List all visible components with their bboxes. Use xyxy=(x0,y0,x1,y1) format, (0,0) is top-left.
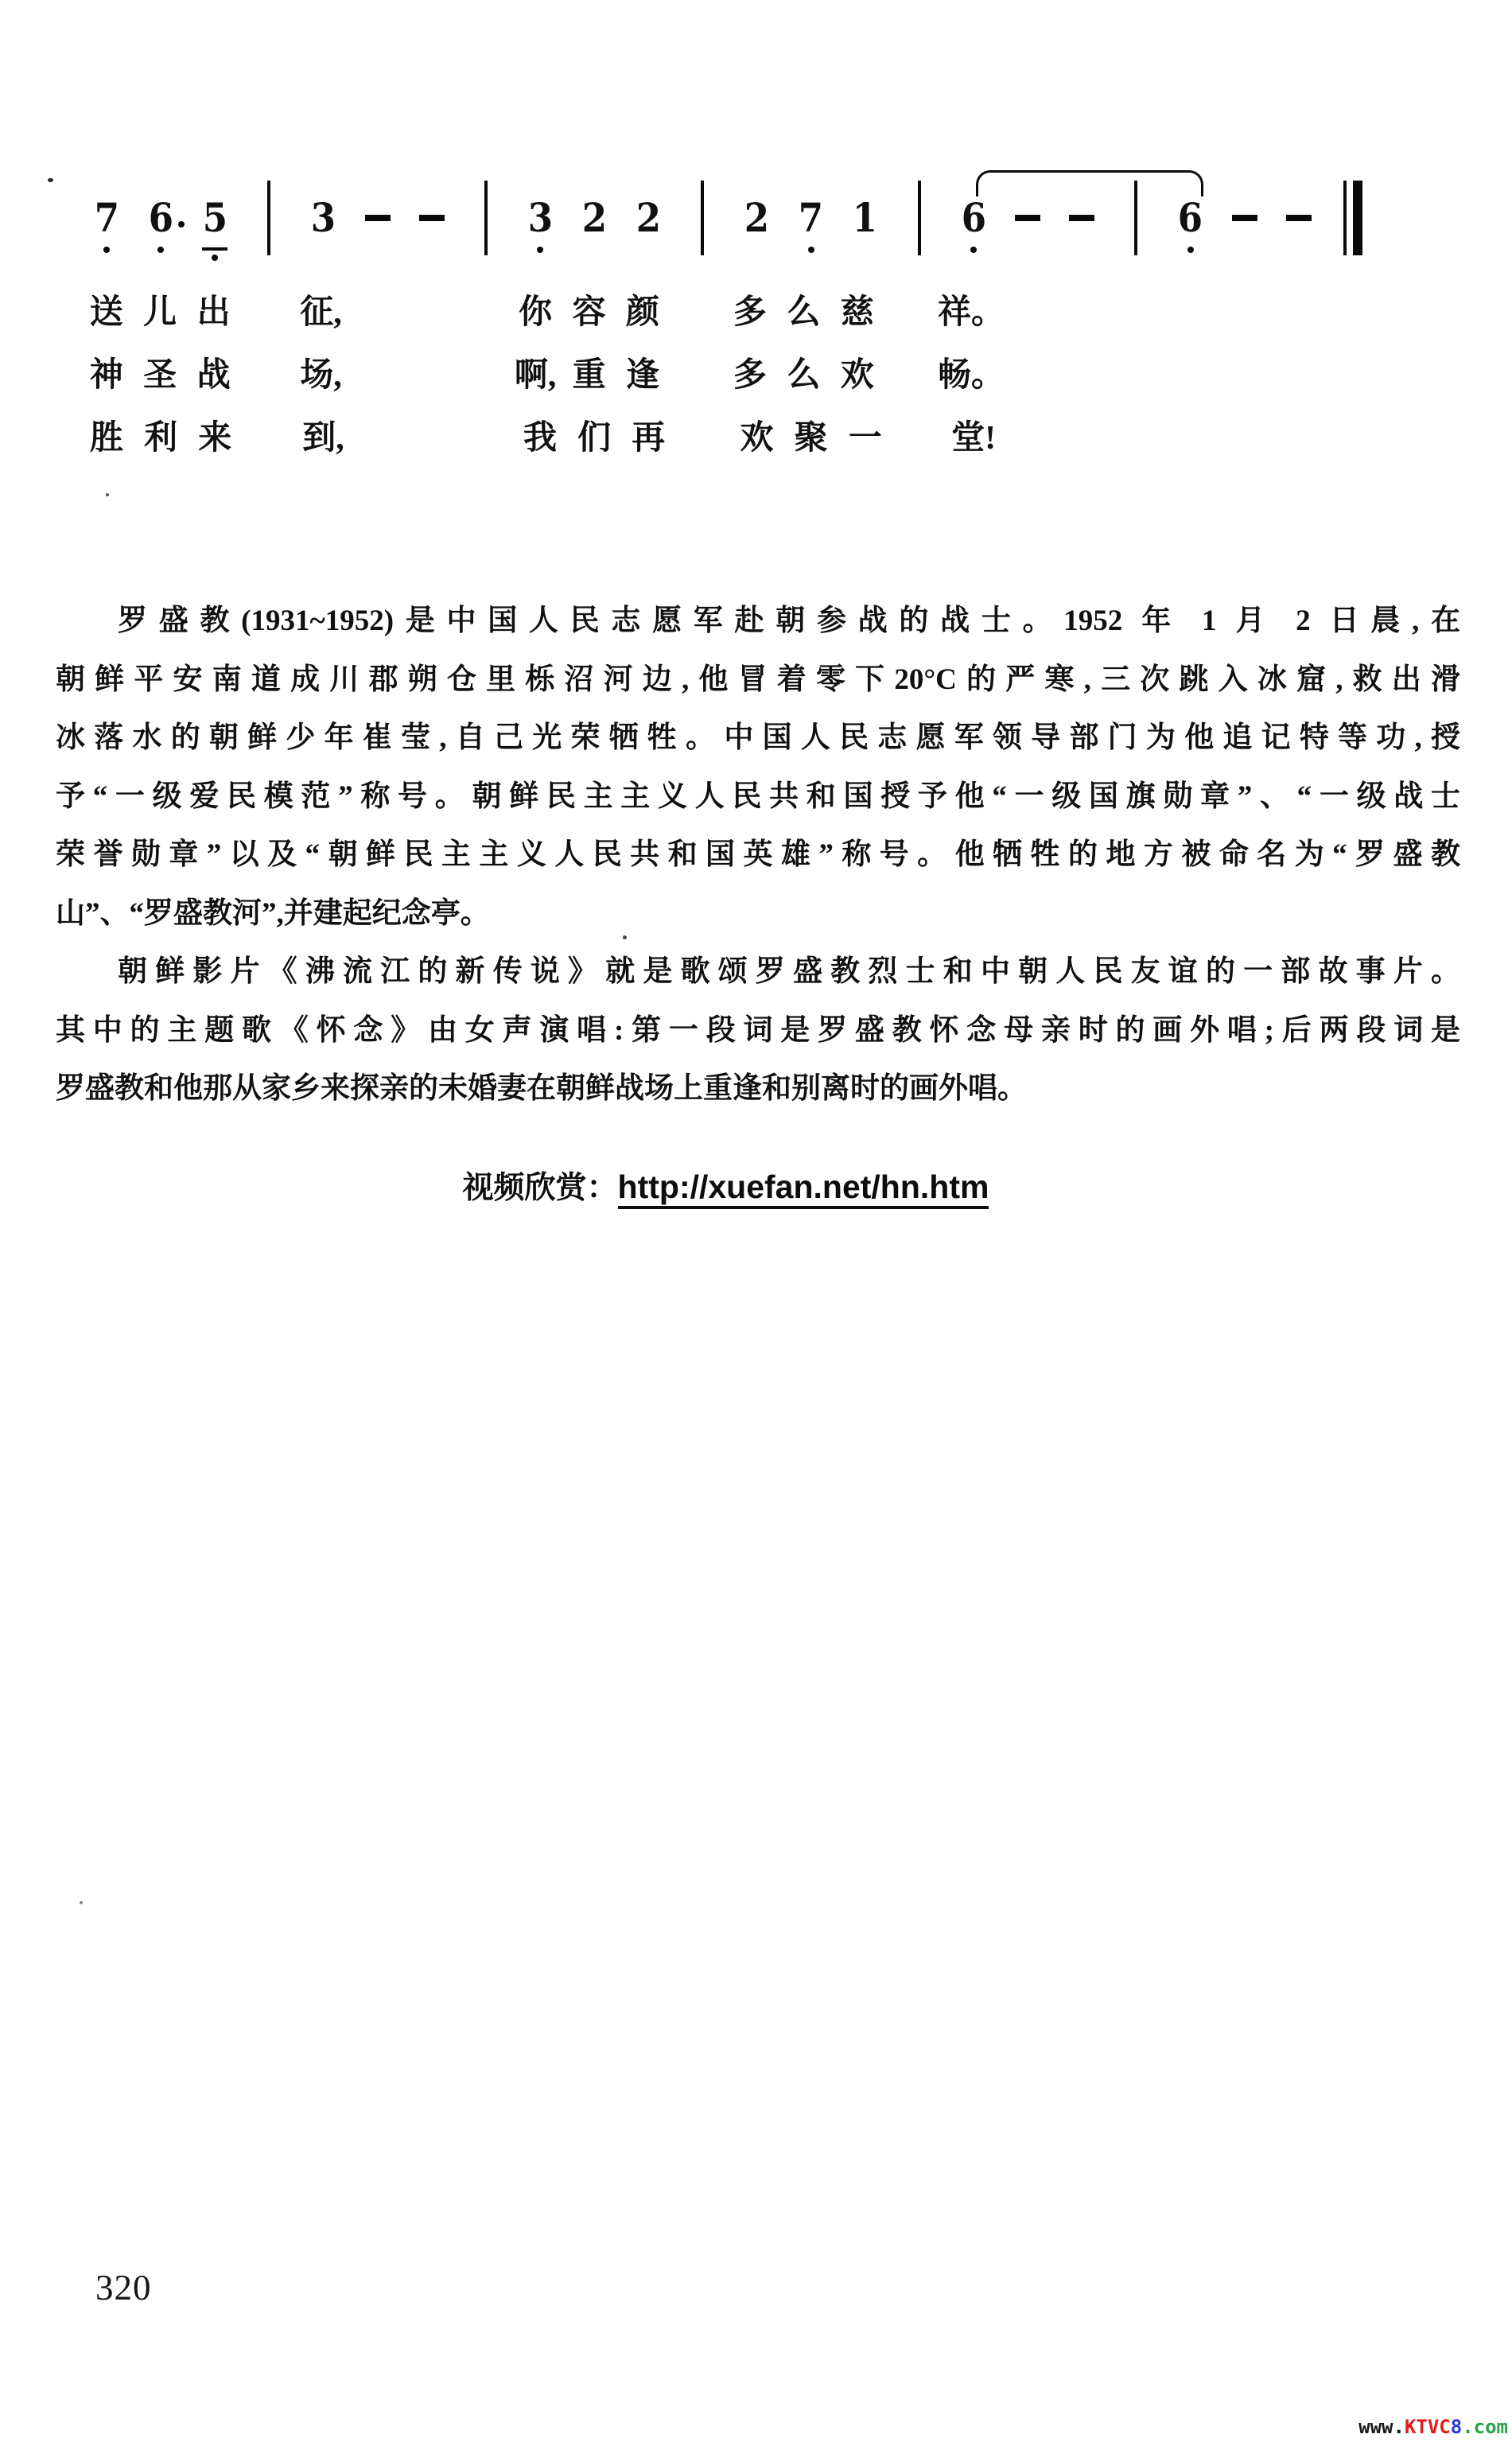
lyric-syllable: 堂! xyxy=(946,410,1001,460)
low-octave-dot xyxy=(970,247,977,253)
lyric-syllable: 我 xyxy=(513,410,567,460)
lyric-syllable: 聚 xyxy=(784,410,838,460)
text-line: 荣誉勋章”以及“朝鲜民主主义人民共和国英雄”称号。他牺牲的地方被命名为“罗盛教 xyxy=(56,826,1460,885)
barline xyxy=(675,173,729,262)
lyric-syllable: 祥。 xyxy=(938,285,1005,334)
lyrics-row: 神圣战场,啊,重逢多么欢畅。 xyxy=(80,348,1380,397)
note: 7 xyxy=(80,173,134,262)
watermark-segment: 8 xyxy=(1451,2416,1462,2438)
lyric-syllable: 利 xyxy=(134,410,188,460)
low-octave-dot xyxy=(1187,247,1194,253)
note: 2 xyxy=(621,173,675,262)
jianpu-score: 765332227166 送儿出征,你容颜多么慈祥。神圣战场,啊,重逢多么欢畅。… xyxy=(80,173,1380,473)
note: 3 xyxy=(513,173,567,262)
barline xyxy=(242,173,296,262)
notes-row: 765332227166 xyxy=(80,173,1380,262)
text-line: 罗盛教和他那从家乡来探亲的未婚妻在朝鲜战场上重逢和别离时的画外唱。 xyxy=(56,1060,1460,1118)
text-line: 朝鲜影片《沸流江的新传说》就是歌颂罗盛教烈士和中朝人民友谊的一部故事片。 xyxy=(56,943,1460,1001)
augmentation-dot xyxy=(178,221,185,227)
text-line: 山”、“罗盛教河”,并建起纪念亭。 xyxy=(56,885,1460,943)
video-url[interactable]: http://xuefan.net/hn.htm xyxy=(618,1169,989,1209)
text-line: 冰落水的朝鲜少年崔莹,自己光荣牺牲。中国人民志愿军领导部门为他追记特等功,授 xyxy=(56,709,1460,768)
duration-dash xyxy=(1218,173,1272,262)
final-barline xyxy=(1326,173,1380,262)
lyric-syllable: 神 xyxy=(80,348,133,397)
lyric-syllable: 啊, xyxy=(508,348,562,397)
text-line: 其中的主题歌《怀念》由女声演唱:第一段词是罗盛教怀念母亲时的画外唱;后两段词是 xyxy=(56,1001,1460,1060)
video-line: 视频欣赏：http://xuefan.net/hn.htm xyxy=(0,1163,1512,1207)
lyric-syllable: 容 xyxy=(562,285,616,334)
lyric-syllable: 再 xyxy=(621,410,675,460)
lyric-syllable: 慈 xyxy=(830,285,884,334)
low-octave-dot xyxy=(103,247,110,253)
lyric-syllable: 重 xyxy=(562,348,616,397)
note: 6 xyxy=(134,173,188,262)
lyric-syllable: 们 xyxy=(567,410,621,460)
tie-arc xyxy=(976,170,1203,196)
scan-speck xyxy=(48,178,53,182)
text-line: 朝鲜平安南道成川郡朔仓里栎沼河边,他冒着零下20°C的严寒,三次跳入冰窟,救出滑 xyxy=(56,651,1460,710)
note: 3 xyxy=(297,173,351,262)
barline xyxy=(892,173,946,262)
low-octave-dot xyxy=(537,247,543,253)
lyric-syllable: 征, xyxy=(294,285,348,334)
scan-speck xyxy=(623,935,627,939)
watermark-segment: www. xyxy=(1358,2416,1405,2438)
duration-dash xyxy=(1272,173,1326,262)
barline xyxy=(459,173,513,262)
scan-speck xyxy=(106,493,109,496)
low-octave-dot xyxy=(808,247,814,253)
lyric-syllable: 到, xyxy=(297,410,351,460)
lyric-syllable: 圣 xyxy=(133,348,186,397)
lyric-syllable: 一 xyxy=(838,410,892,460)
paragraph-2: 朝鲜影片《沸流江的新传说》就是歌颂罗盛教烈士和中朝人民友谊的一部故事片。其中的主… xyxy=(56,943,1460,1118)
lyric-syllable: 畅。 xyxy=(938,348,1005,397)
lyrics: 送儿出征,你容颜多么慈祥。神圣战场,啊,重逢多么欢畅。胜利来到,我们再欢聚一堂! xyxy=(80,285,1380,460)
lyric-syllable: 儿 xyxy=(133,285,186,334)
watermark-segment: KTVC xyxy=(1405,2416,1451,2438)
scan-speck xyxy=(80,1901,83,1904)
note: 7 xyxy=(784,173,838,262)
lyric-syllable: 多 xyxy=(723,285,776,334)
lyric-syllable: 逢 xyxy=(616,348,669,397)
eighth-beam xyxy=(202,247,227,251)
lyric-syllable: 多 xyxy=(723,348,776,397)
duration-dash xyxy=(351,173,405,262)
duration-dash xyxy=(405,173,459,262)
video-label: 视频欣赏： xyxy=(463,1171,618,1205)
lyrics-row: 送儿出征,你容颜多么慈祥。 xyxy=(80,285,1380,334)
paragraph-1: 罗盛教(1931~1952)是中国人民志愿军赴朝参战的战士。1952 年 1 月… xyxy=(56,592,1460,943)
note: 1 xyxy=(838,173,892,262)
lyric-syllable: 么 xyxy=(777,348,830,397)
lyric-syllable: 欢 xyxy=(730,410,784,460)
text-line: 罗盛教(1931~1952)是中国人民志愿军赴朝参战的战士。1952 年 1 月… xyxy=(56,592,1460,651)
lyric-syllable: 出 xyxy=(187,285,240,334)
lyrics-row: 胜利来到,我们再欢聚一堂! xyxy=(80,410,1380,460)
lyric-syllable: 么 xyxy=(777,285,830,334)
lyric-syllable: 送 xyxy=(80,285,133,334)
lyric-syllable: 场, xyxy=(294,348,348,397)
low-octave-dot xyxy=(212,255,218,261)
sheet-page: 765332227166 送儿出征,你容颜多么慈祥。神圣战场,啊,重逢多么欢畅。… xyxy=(0,0,1512,2442)
lyric-syllable: 战 xyxy=(187,348,240,397)
page-number: 320 xyxy=(95,2267,152,2308)
text-line: 予“一级爱民模范”称号。朝鲜民主主义人民共和国授予他“一级国旗勋章”、“一级战士 xyxy=(56,768,1460,826)
lyric-syllable: 你 xyxy=(508,285,562,334)
low-octave-dot xyxy=(157,247,164,253)
video-caption: 视频欣赏：http://xuefan.net/hn.htm xyxy=(463,1163,989,1207)
lyric-syllable: 欢 xyxy=(830,348,884,397)
lyric-syllable: 颜 xyxy=(616,285,669,334)
lyric-syllable: 胜 xyxy=(80,410,134,460)
lyric-syllable: 来 xyxy=(188,410,242,460)
article: 罗盛教(1931~1952)是中国人民志愿军赴朝参战的战士。1952 年 1 月… xyxy=(56,592,1460,1118)
note: 2 xyxy=(730,173,784,262)
watermark-segment: .com xyxy=(1462,2416,1508,2438)
note: 2 xyxy=(567,173,621,262)
watermark: www.KTVC8.com xyxy=(1358,2416,1508,2438)
note: 5 xyxy=(188,173,242,262)
